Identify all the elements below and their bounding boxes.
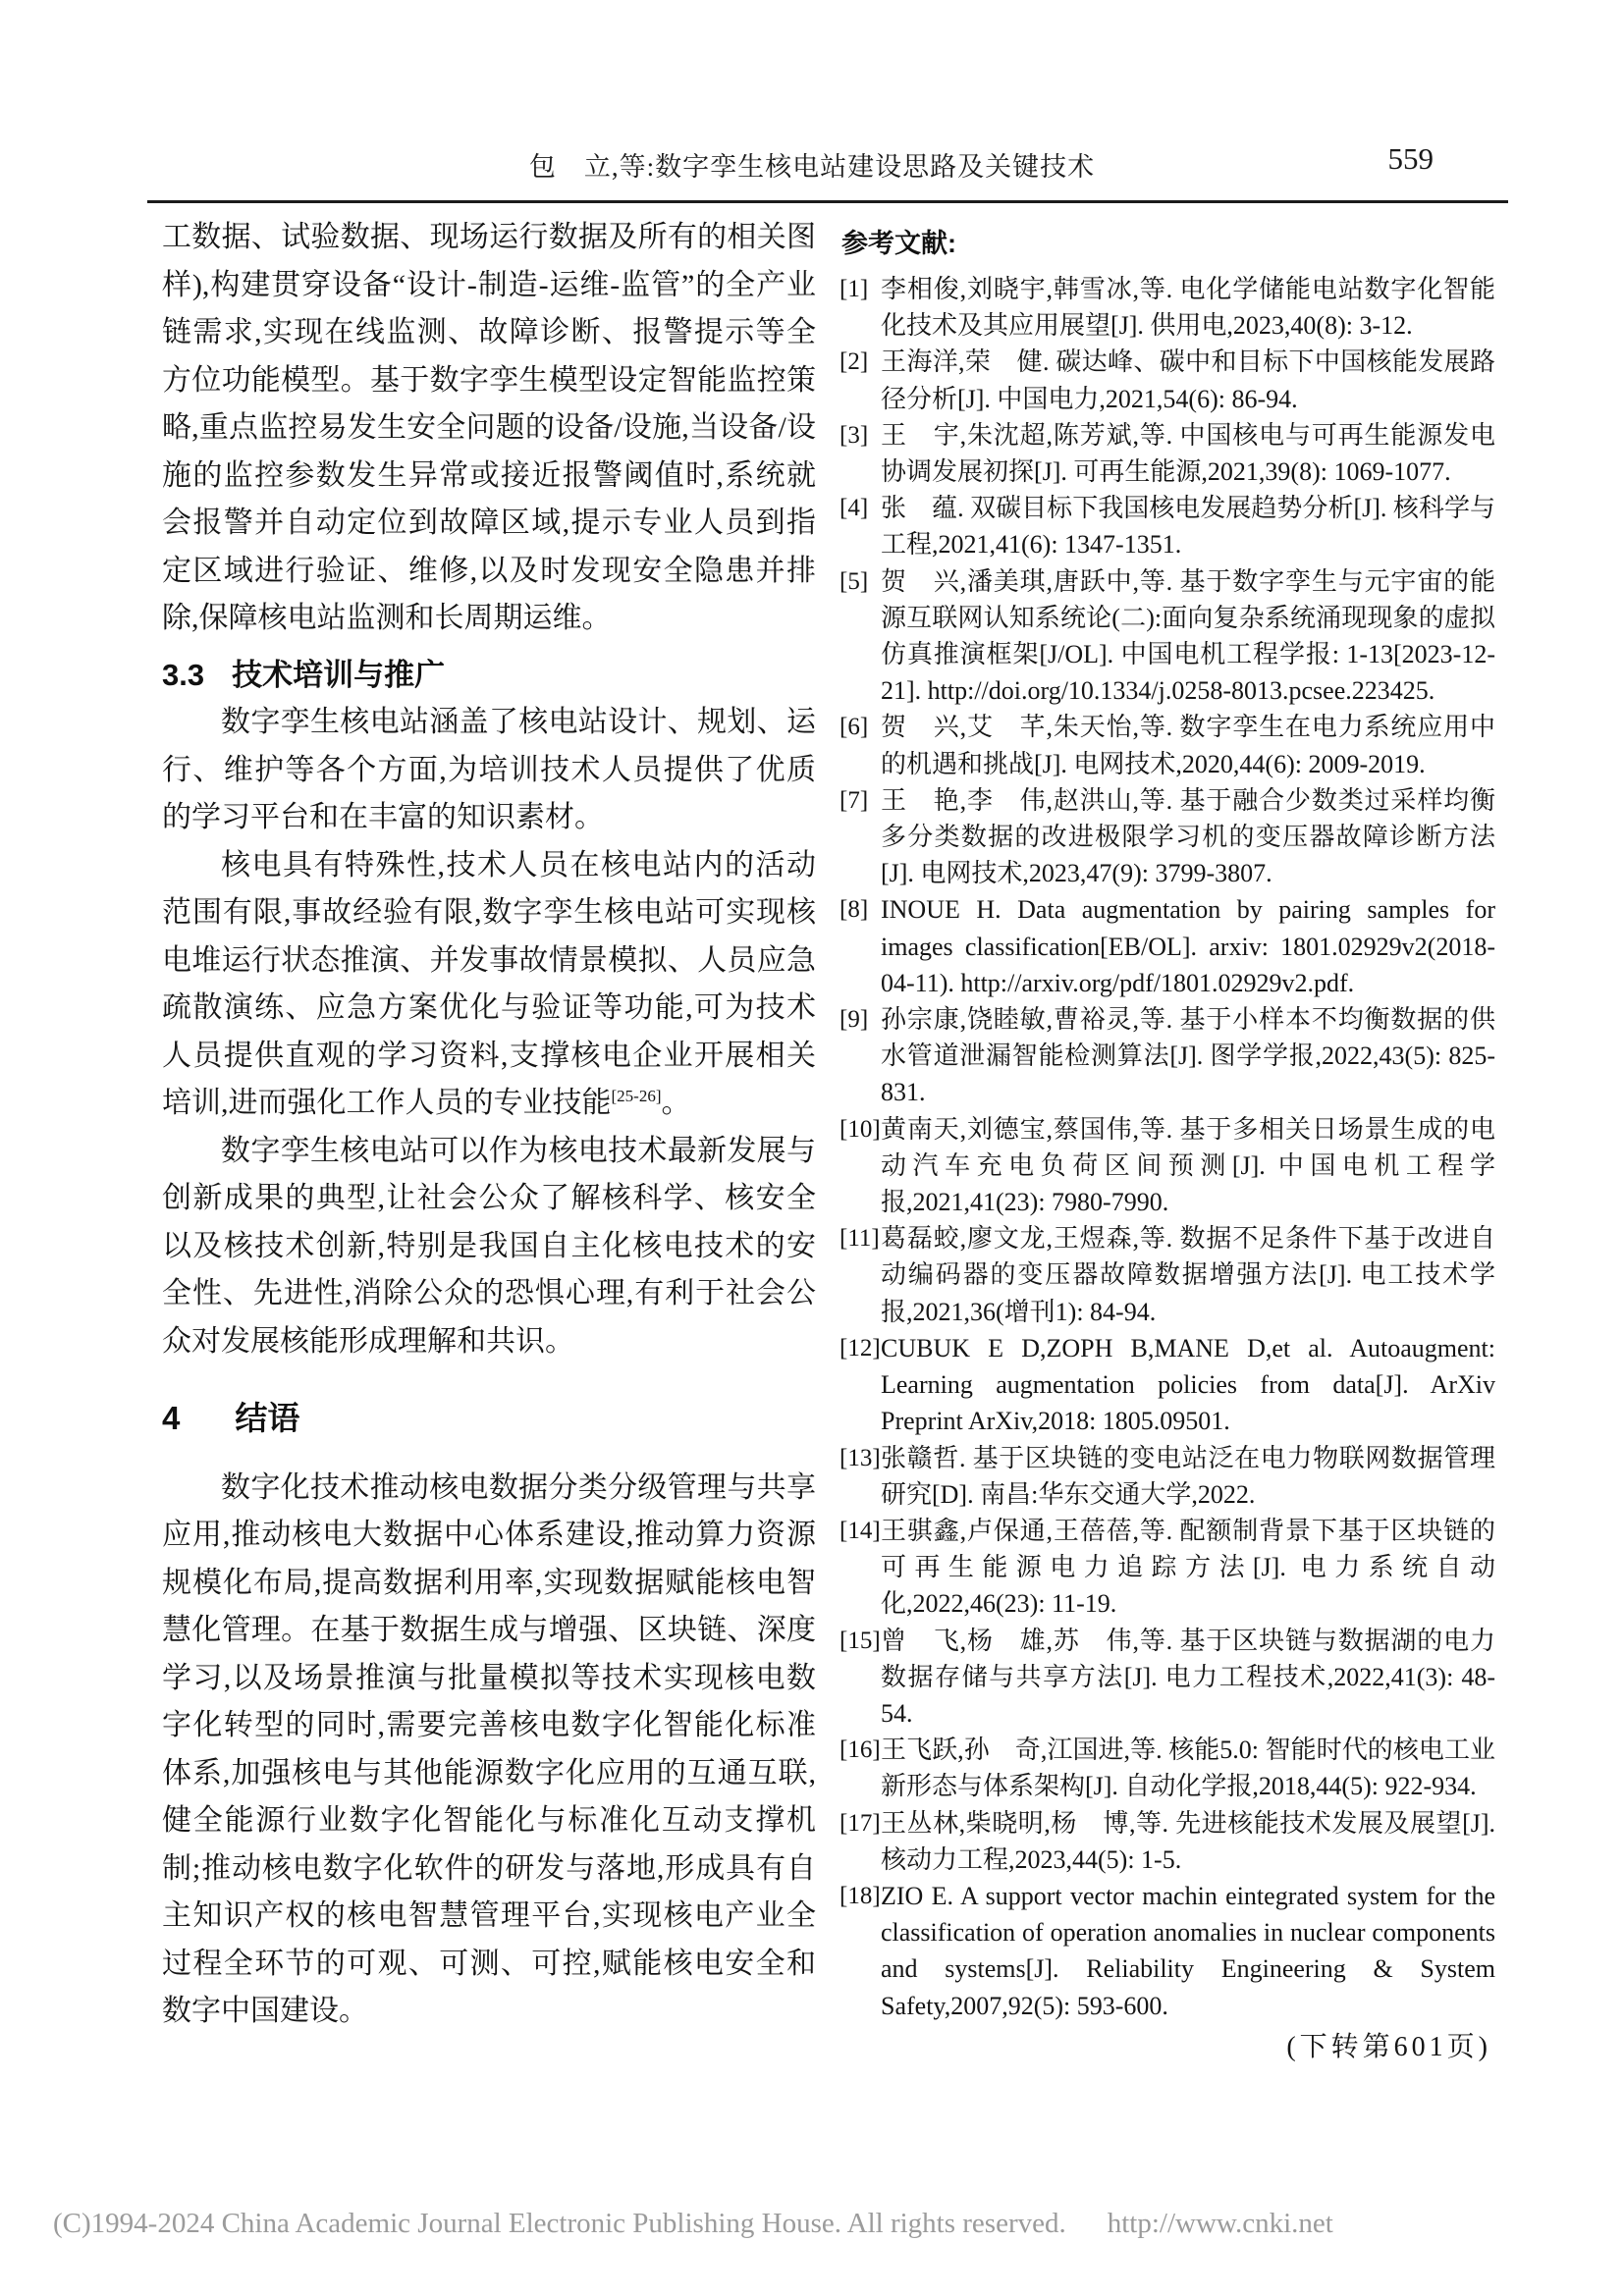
body-paragraph: 数字孪生核电站可以作为核电技术最新发展与创新成果的典型,让社会公众了解核科学、核… xyxy=(162,1128,816,1366)
body-paragraph-continued: 工数据、试验数据、现场运行数据及所有的相关图样),构建贯穿设备“设计-制造-运维… xyxy=(162,214,816,643)
footer-copyright-line: (C)1994-2024 China Academic Journal Elec… xyxy=(53,2208,1585,2240)
reference-item: [15]曾 飞,杨 雄,苏 伟,等. 基于区块链与数据湖的电力数据存储与共享方法… xyxy=(839,1623,1495,1733)
reference-item: [10]黄南天,刘德宝,蔡国伟,等. 基于多相关日场景生成的电动汽车充电负荷区间… xyxy=(839,1111,1495,1221)
reference-number: [5] xyxy=(839,563,881,600)
reference-text: 张赣哲. 基于区块链的变电站泛在电力物联网数据管理研究[D]. 南昌:华东交通大… xyxy=(881,1440,1495,1513)
reference-text: 贺 兴,艾 芊,朱天怡,等. 数字孪生在电力系统应用中的机遇和挑战[J]. 电网… xyxy=(881,709,1495,781)
reference-item: [13]张赣哲. 基于区块链的变电站泛在电力物联网数据管理研究[D]. 南昌:华… xyxy=(839,1440,1495,1513)
reference-text: 王海洋,荣 健. 碳达峰、碳中和目标下中国核能发展路径分析[J]. 中国电力,2… xyxy=(881,344,1495,416)
references-heading: 参考文献: xyxy=(841,224,1495,263)
page-number: 559 xyxy=(1375,141,1434,177)
section-heading-3-3: 3.3技术培训与推广 xyxy=(162,652,816,700)
reference-item: [16]王飞跃,孙 奇,江国进,等. 核能5.0: 智能时代的核电工业新形态与体… xyxy=(839,1732,1495,1804)
body-paragraph: 数字孪生核电站涵盖了核电站设计、规划、运行、维护等各个方面,为培训技术人员提供了… xyxy=(162,699,816,842)
section-title: 技术培训与推广 xyxy=(232,658,445,692)
reference-number: [2] xyxy=(839,344,881,380)
reference-item: [11]葛磊蛟,廖文龙,王煜森,等. 数据不足条件下基于改进自动编码器的变压器故… xyxy=(839,1220,1495,1330)
reference-number: [7] xyxy=(839,782,881,819)
reference-number: [18] xyxy=(839,1878,881,1914)
reference-number: [4] xyxy=(839,490,881,526)
reference-number: [1] xyxy=(839,271,881,307)
reference-text: 曾 飞,杨 雄,苏 伟,等. 基于区块链与数据湖的电力数据存储与共享方法[J].… xyxy=(881,1623,1495,1733)
copyright-text: (C)1994-2024 China Academic Journal Elec… xyxy=(53,2208,1066,2239)
reference-number: [15] xyxy=(839,1623,881,1659)
cnki-url-text: http://www.cnki.net xyxy=(1108,2208,1333,2239)
section-title: 结语 xyxy=(235,1400,299,1436)
reference-text: 王 艳,李 伟,赵洪山,等. 基于融合少数类过采样均衡多分类数据的改进极限学习机… xyxy=(881,782,1495,892)
section-number: 4 xyxy=(162,1400,180,1436)
reference-text: INOUE H. Data augmentation by pairing sa… xyxy=(881,891,1495,1001)
reference-number: [3] xyxy=(839,417,881,454)
reference-number: [10] xyxy=(839,1111,881,1148)
reference-number: [13] xyxy=(839,1440,881,1476)
reference-number: [8] xyxy=(839,891,881,928)
reference-item: [6]贺 兴,艾 芊,朱天怡,等. 数字孪生在电力系统应用中的机遇和挑战[J].… xyxy=(839,709,1495,781)
citation-superscript: [25-26] xyxy=(612,1087,662,1105)
reference-item: [1]李相俊,刘晓宇,韩雪冰,等. 电化学储能电站数字化智能化技术及其应用展望[… xyxy=(839,271,1495,344)
reference-text: 李相俊,刘晓宇,韩雪冰,等. 电化学储能电站数字化智能化技术及其应用展望[J].… xyxy=(881,271,1495,344)
reference-item: [2]王海洋,荣 健. 碳达峰、碳中和目标下中国核能发展路径分析[J]. 中国电… xyxy=(839,344,1495,416)
reference-text: 贺 兴,潘美琪,唐跃中,等. 基于数字孪生与元宇宙的能源互联网认知系统论(二):… xyxy=(881,563,1495,710)
continued-on-page-note: (下转第601页) xyxy=(839,2028,1495,2067)
reference-number: [6] xyxy=(839,709,881,745)
reference-number: [14] xyxy=(839,1513,881,1549)
reference-item: [8]INOUE H. Data augmentation by pairing… xyxy=(839,891,1495,1001)
reference-item: [5]贺 兴,潘美琪,唐跃中,等. 基于数字孪生与元宇宙的能源互联网认知系统论(… xyxy=(839,563,1495,710)
reference-text: 孙宗康,饶睦敏,曹裕灵,等. 基于小样本不均衡数据的供水管道泄漏智能检测算法[J… xyxy=(881,1001,1495,1111)
reference-item: [9]孙宗康,饶睦敏,曹裕灵,等. 基于小样本不均衡数据的供水管道泄漏智能检测算… xyxy=(839,1001,1495,1111)
reference-list: [1]李相俊,刘晓宇,韩雪冰,等. 电化学储能电站数字化智能化技术及其应用展望[… xyxy=(839,271,1495,2024)
reference-item: [18]ZIO E. A support vector machin einte… xyxy=(839,1878,1495,2024)
reference-text: 王骐鑫,卢保通,王蓓蓓,等. 配额制背景下基于区块链的可再生能源电力追踪方法[J… xyxy=(881,1513,1495,1623)
reference-item: [14]王骐鑫,卢保通,王蓓蓓,等. 配额制背景下基于区块链的可再生能源电力追踪… xyxy=(839,1513,1495,1623)
reference-text: 王 宇,朱沈超,陈芳斌,等. 中国核电与可再生能源发电协调发展初探[J]. 可再… xyxy=(881,417,1495,490)
reference-item: [7]王 艳,李 伟,赵洪山,等. 基于融合少数类过采样均衡多分类数据的改进极限… xyxy=(839,782,1495,892)
reference-number: [12] xyxy=(839,1330,881,1366)
paragraph-text: 核电具有特殊性,技术人员在核电站内的活动范围有限,事故经验有限,数字孪生核电站可… xyxy=(162,849,816,1120)
right-column: 参考文献: [1]李相俊,刘晓宇,韩雪冰,等. 电化学储能电站数字化智能化技术及… xyxy=(839,224,1495,2067)
reference-item: [4]张 蕴. 双碳目标下我国核电发展趋势分析[J]. 核科学与工程,2021,… xyxy=(839,490,1495,562)
reference-number: [9] xyxy=(839,1001,881,1038)
reference-text: CUBUK E D,ZOPH B,MANE D,et al. Autoaugme… xyxy=(881,1330,1495,1440)
reference-text: 王丛林,柴晓明,杨 博,等. 先进核能技术发展及展望[J]. 核动力工程,202… xyxy=(881,1805,1495,1878)
reference-text: 黄南天,刘德宝,蔡国伟,等. 基于多相关日场景生成的电动汽车充电负荷区间预测[J… xyxy=(881,1111,1495,1221)
reference-number: [16] xyxy=(839,1732,881,1768)
journal-page: 包 立,等:数字孪生核电站建设思路及关键技术 559 工数据、试验数据、现场运行… xyxy=(0,0,1624,2296)
section-heading-4: 4结语 xyxy=(162,1395,816,1443)
body-paragraph-with-citation: 核电具有特殊性,技术人员在核电站内的活动范围有限,事故经验有限,数字孪生核电站可… xyxy=(162,842,816,1128)
section-number: 3.3 xyxy=(162,658,204,692)
header-rule xyxy=(147,200,1508,203)
reference-text: 王飞跃,孙 奇,江国进,等. 核能5.0: 智能时代的核电工业新形态与体系架构[… xyxy=(881,1732,1495,1804)
reference-number: [17] xyxy=(839,1805,881,1842)
conclusion-paragraph: 数字化技术推动核电数据分类分级管理与共享应用,推动核电大数据中心体系建设,推动算… xyxy=(162,1465,816,2036)
reference-text: 张 蕴. 双碳目标下我国核电发展趋势分析[J]. 核科学与工程,2021,41(… xyxy=(881,490,1495,562)
left-column: 工数据、试验数据、现场运行数据及所有的相关图样),构建贯穿设备“设计-制造-运维… xyxy=(162,214,816,2036)
reference-number: [11] xyxy=(839,1220,881,1256)
reference-item: [3]王 宇,朱沈超,陈芳斌,等. 中国核电与可再生能源发电协调发展初探[J].… xyxy=(839,417,1495,490)
paragraph-period: 。 xyxy=(661,1087,690,1119)
reference-text: ZIO E. A support vector machin eintegrat… xyxy=(881,1878,1495,2024)
reference-item: [17]王丛林,柴晓明,杨 博,等. 先进核能技术发展及展望[J]. 核动力工程… xyxy=(839,1805,1495,1878)
reference-item: [12]CUBUK E D,ZOPH B,MANE D,et al. Autoa… xyxy=(839,1330,1495,1440)
reference-text: 葛磊蛟,廖文龙,王煜森,等. 数据不足条件下基于改进自动编码器的变压器故障数据增… xyxy=(881,1220,1495,1330)
